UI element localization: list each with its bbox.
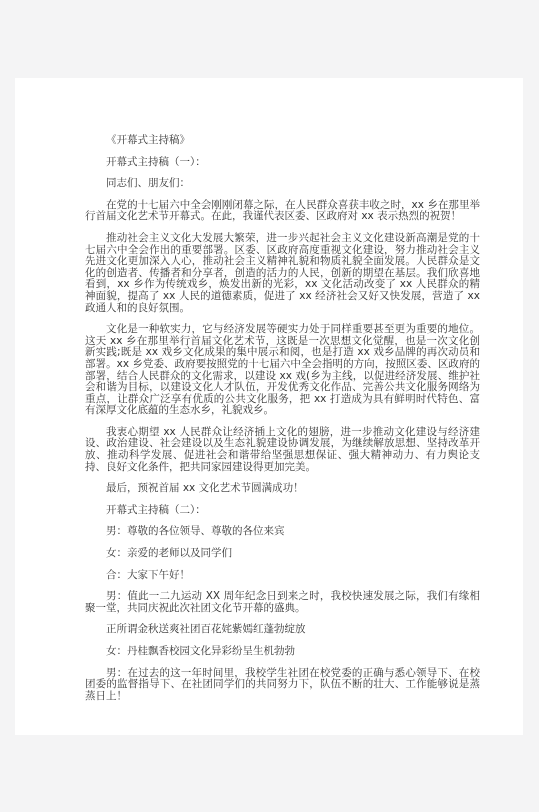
document-title: 《开幕式主持稿》 bbox=[85, 135, 480, 147]
paragraph: 女：丹桂飘香校园文化异彩纷呈生机勃勃 bbox=[85, 646, 480, 658]
paragraph: 男：值此一二九运动 XX 周年纪念日到来之时，我校快速发展之际，我们有缘相聚一堂… bbox=[85, 591, 480, 614]
paragraph: 合：大家下午好！ bbox=[85, 570, 480, 582]
section-heading-1: 开幕式主持稿（一）： bbox=[85, 157, 480, 169]
paragraph: 女：亲爱的老师以及同学们 bbox=[85, 548, 480, 560]
paragraph: 男：在过去的这一年时间里，我校学生社团在校党委的正确与悉心领导下、在校团委的监督… bbox=[85, 668, 480, 703]
paragraph: 推动社会主义文化大发展大繁荣，进一步兴起社会主义文化建设新高潮是党的十七届六中全… bbox=[85, 233, 480, 314]
paragraph: 文化是一种软实力，它与经济发展等硬实力处于同样重要甚至更为重要的地位。这天 xx… bbox=[85, 324, 480, 417]
paragraph: 在党的十七届六中全会刚刚闭幕之际，在人民群众喜获丰收之时，xx 乡在那里举行首届… bbox=[85, 200, 480, 223]
paragraph: 最后，预祝首届 xx 文化艺术节圆满成功！ bbox=[85, 483, 480, 495]
paragraph: 正所谓金秋送爽社团百花姹紫嫣红蓬勃绽放 bbox=[85, 624, 480, 636]
paragraph: 男：尊敬的各位领导、尊敬的各位来宾 bbox=[85, 526, 480, 538]
section-heading-2: 开幕式主持稿（二）： bbox=[85, 505, 480, 517]
document-body: 《开幕式主持稿》 开幕式主持稿（一）： 同志们、朋友们： 在党的十七届六中全会刚… bbox=[85, 135, 480, 712]
paragraph: 我衷心期望 xx 人民群众让经济插上文化的翅膀，进一步推动文化建设与经济建设、政… bbox=[85, 427, 480, 473]
salutation: 同志们、朋友们： bbox=[85, 178, 480, 190]
document-page: 《开幕式主持稿》 开幕式主持稿（一）： 同志们、朋友们： 在党的十七届六中全会刚… bbox=[15, 78, 523, 735]
